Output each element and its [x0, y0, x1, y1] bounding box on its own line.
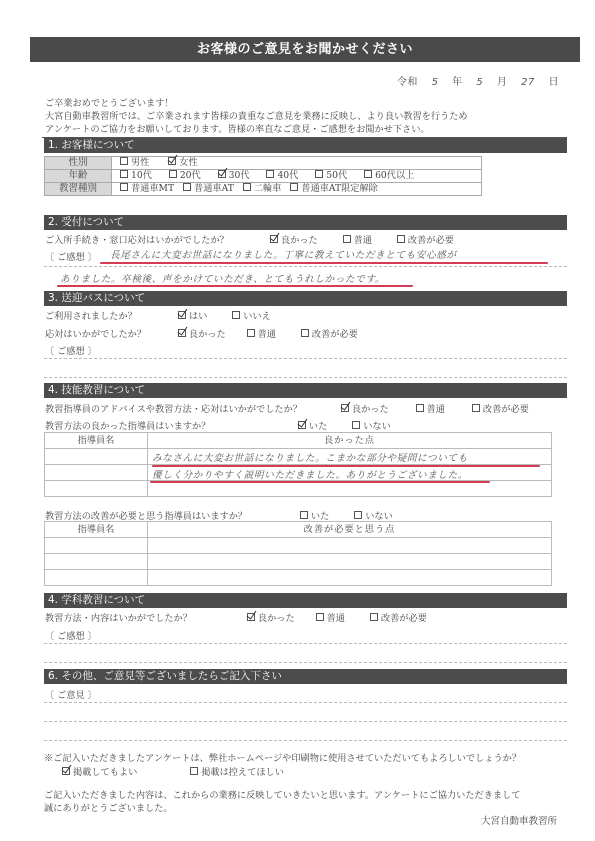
- question-text: 教習方法の良かった指導員はいますか？: [45, 418, 295, 432]
- checkbox-option-motorcycle[interactable]: 二輪車: [243, 183, 282, 195]
- checkbox-option-40s[interactable]: 40代: [266, 170, 298, 182]
- checkbox-icon[interactable]: [120, 183, 128, 191]
- option-label: 40代: [277, 170, 298, 181]
- red-underline: [57, 285, 413, 287]
- checkbox-option-10s[interactable]: 10代: [120, 170, 152, 182]
- handwritten-comment-line[interactable]: みなさんに大変お世話になりました。こまかな部分や疑問についても: [152, 450, 468, 464]
- option-label: 女性: [179, 157, 197, 168]
- section-header-reception: 2. 受付について: [44, 215, 567, 230]
- option-label: 良かった: [352, 404, 389, 415]
- comment-line[interactable]: [44, 358, 567, 359]
- checkbox-option-no[interactable]: いいえ: [232, 308, 271, 322]
- instructor-name-cell[interactable]: [45, 449, 148, 465]
- option-label: いいえ: [243, 311, 271, 322]
- checkbox-checked-icon[interactable]: [62, 767, 70, 775]
- checkbox-checked-icon[interactable]: [218, 170, 226, 178]
- checkbox-option-yes[interactable]: はい: [178, 308, 207, 322]
- comment-line[interactable]: [44, 702, 567, 703]
- checkbox-option-good[interactable]: 良かった: [178, 326, 226, 340]
- checkbox-icon[interactable]: [266, 170, 274, 178]
- checkbox-checked-icon[interactable]: [341, 404, 349, 412]
- checkbox-option-60s-plus[interactable]: 60代以上: [364, 170, 414, 182]
- instructor-name-cell[interactable]: [45, 554, 148, 570]
- instructor-rating-row: 教習指導員のアドバイスや教習方法・応対はいかがでしたか？ 良かった 普通 改善が…: [45, 401, 545, 415]
- question-text: 応対はいかがでしたか？: [45, 326, 175, 340]
- comment-line[interactable]: [44, 740, 567, 741]
- section-header-shuttle-bus: 3. 送迎バスについて: [44, 291, 567, 306]
- table-row: 性別 男性 女性: [45, 157, 482, 170]
- table-row: [45, 570, 552, 586]
- checkbox-icon[interactable]: [247, 329, 255, 337]
- option-label: 二輪車: [254, 183, 282, 194]
- option-label: 良かった: [258, 613, 295, 624]
- checkbox-icon[interactable]: [190, 767, 198, 775]
- red-underline: [100, 262, 548, 264]
- checkbox-option-yes[interactable]: いた: [298, 418, 327, 432]
- checkbox-option-good[interactable]: 良かった: [341, 401, 389, 415]
- checkbox-option-no[interactable]: いない: [354, 508, 393, 522]
- option-label: 改善が必要: [483, 404, 529, 415]
- option-label: はい: [189, 311, 207, 322]
- checkbox-option-needs-improvement[interactable]: 改善が必要: [301, 326, 358, 340]
- closing-line: 誠にありがとうございました。: [44, 800, 173, 814]
- checkbox-checked-icon[interactable]: [178, 311, 186, 319]
- option-label: 普通車MT: [131, 183, 174, 194]
- comment-line[interactable]: [44, 721, 567, 722]
- improve-instructor-table: 指導員名 改善が必要と思う点: [44, 521, 552, 586]
- checkbox-option-yes[interactable]: いた: [300, 508, 329, 522]
- improvement-point-cell[interactable]: [148, 554, 552, 570]
- option-label: 良かった: [189, 329, 226, 340]
- instructor-name-cell[interactable]: [45, 538, 148, 554]
- option-label: 普通: [354, 235, 372, 246]
- bus-service-row: 応対はいかがでしたか？ 良かった 普通 改善が必要: [45, 326, 374, 340]
- checkbox-option-mt[interactable]: 普通車MT: [120, 183, 174, 195]
- option-label: 普通: [427, 404, 445, 415]
- comment-line[interactable]: [44, 643, 567, 644]
- checkbox-icon[interactable]: [243, 183, 251, 191]
- checkbox-icon[interactable]: [169, 170, 177, 178]
- checkbox-icon[interactable]: [352, 421, 360, 429]
- option-label: 男性: [131, 157, 149, 168]
- comment-label: 〔 ご意見 〕: [45, 687, 97, 701]
- option-label: 普通: [258, 329, 276, 340]
- row-label: 性別: [45, 157, 112, 170]
- improve-instructor-row: 教習方法の改善が必要と思う指導員はいますか？ いた いない: [45, 508, 409, 522]
- question-text: 教習指導員のアドバイスや教習方法・応対はいかがでしたか？: [45, 401, 338, 415]
- checkbox-icon[interactable]: [354, 511, 362, 519]
- date-day-unit: 日: [549, 77, 560, 88]
- option-label: 20代: [180, 170, 201, 181]
- comment-line[interactable]: [44, 662, 567, 663]
- option-label: 改善が必要: [408, 235, 454, 246]
- checkbox-option-needs-improvement[interactable]: 改善が必要: [472, 401, 529, 415]
- row-label: 年齢: [45, 170, 112, 183]
- checkbox-option-good[interactable]: 良かった: [270, 232, 318, 246]
- column-header: 良かった点: [148, 433, 552, 449]
- checkbox-icon[interactable]: [397, 235, 405, 243]
- checkbox-icon[interactable]: [290, 183, 298, 191]
- checkbox-option-at-release[interactable]: 普通車AT限定解除: [290, 183, 378, 195]
- option-label: いた: [309, 421, 327, 432]
- checkbox-option-normal[interactable]: 普通: [316, 610, 345, 624]
- checkbox-icon[interactable]: [301, 329, 309, 337]
- checkbox-icon[interactable]: [416, 404, 424, 412]
- date-row: 令和 5 年 5 月 27 日: [397, 73, 559, 88]
- date-month[interactable]: 5: [476, 77, 483, 88]
- consent-question: ※ご記入いただきましたアンケートは、弊社ホームページや印刷物に使用させていただい…: [44, 750, 521, 764]
- customer-info-table: 性別 男性 女性 年齢 10代 20代 30代 40代 50代 60代以上 教習…: [44, 156, 482, 196]
- checkbox-icon[interactable]: [472, 404, 480, 412]
- red-underline: [150, 481, 490, 483]
- checkbox-option-publish-decline[interactable]: 掲載は控えてほしい: [190, 764, 284, 778]
- checkbox-icon[interactable]: [315, 170, 323, 178]
- option-label: 60代以上: [375, 170, 414, 181]
- checkbox-option-at[interactable]: 普通車AT: [183, 183, 234, 195]
- intro-line: 大宮自動車教習所では、ご卒業されます皆様の貴重なご意見を業務に反映し、より良い教…: [45, 110, 565, 123]
- improvement-point-cell[interactable]: [148, 570, 552, 586]
- date-day[interactable]: 27: [521, 77, 535, 88]
- instructor-name-cell[interactable]: [45, 481, 148, 497]
- intro-text: ご卒業おめでとうございます！ 大宮自動車教習所では、ご卒業されます皆様の貴重なご…: [45, 97, 565, 136]
- consent-options-row: 掲載してもよい 掲載は控えてほしい: [62, 764, 300, 778]
- checkbox-icon[interactable]: [120, 157, 128, 165]
- checkbox-icon[interactable]: [370, 613, 378, 621]
- checkbox-checked-icon[interactable]: [178, 329, 186, 337]
- form-title: お客様のご意見をお聞かせください: [30, 37, 580, 62]
- comment-line[interactable]: [44, 377, 567, 378]
- comment-label: 〔 ご感想 〕: [45, 343, 97, 357]
- table-row: 教習種別 普通車MT 普通車AT 二輪車 普通車AT限定解除: [45, 183, 482, 196]
- option-label: 普通車AT限定解除: [301, 183, 378, 194]
- question-text: 教習方法・内容はいかがでしたか？: [45, 610, 244, 624]
- reception-question-row: ご入所手続き・窓口応対はいかがでしたか？ 良かった 普通 改善が必要: [45, 232, 470, 246]
- checkbox-checked-icon[interactable]: [298, 421, 306, 429]
- checkbox-option-male[interactable]: 男性: [120, 157, 149, 169]
- instructor-name-cell[interactable]: [45, 465, 148, 481]
- checkbox-option-30s[interactable]: 30代: [218, 170, 250, 182]
- checkbox-icon[interactable]: [183, 183, 191, 191]
- checkbox-checked-icon[interactable]: [270, 235, 278, 243]
- section-header-other-comments: 6. その他、ご意見等ございましたらご記入下さい: [44, 669, 567, 684]
- handwritten-comment-line[interactable]: ありました。卒検後、声をかけていただき、とてもうれしかったです。: [60, 271, 385, 285]
- comment-label: 〔 ご感想 〕: [45, 249, 97, 263]
- section-header-classroom-lessons: 4. 学科教習について: [44, 593, 567, 608]
- column-header: 改善が必要と思う点: [148, 522, 552, 538]
- table-header-row: 指導員名 良かった点: [45, 433, 552, 449]
- row-label: 教習種別: [45, 183, 112, 196]
- option-label: 掲載は控えてほしい: [201, 767, 284, 778]
- checkbox-option-normal[interactable]: 普通: [247, 326, 276, 340]
- checkbox-option-needs-improvement[interactable]: 改善が必要: [370, 610, 427, 624]
- checkbox-option-normal[interactable]: 普通: [416, 401, 445, 415]
- column-header: 指導員名: [45, 522, 148, 538]
- table-header-row: 指導員名 改善が必要と思う点: [45, 522, 552, 538]
- closing-line: ご記入いただきました内容は、これからの業務に反映していきたいと思います。アンケー…: [44, 787, 520, 801]
- checkbox-icon[interactable]: [300, 511, 308, 519]
- classroom-rating-row: 教習方法・内容はいかがでしたか？ 良かった 普通 改善が必要: [45, 610, 443, 624]
- date-era: 令和: [397, 77, 418, 88]
- bus-usage-row: ご利用されましたか？ はい いいえ: [45, 308, 287, 322]
- option-label: 30代: [229, 170, 250, 181]
- checkbox-icon[interactable]: [120, 170, 128, 178]
- comment-line: [44, 266, 567, 267]
- improvement-point-cell[interactable]: [148, 538, 552, 554]
- checkbox-option-good[interactable]: 良かった: [247, 610, 295, 624]
- option-label: 50代: [326, 170, 347, 181]
- instructor-name-cell[interactable]: [45, 570, 148, 586]
- section-header-customer: 1. お客様について: [44, 138, 567, 153]
- school-signature: 大宮自動車教習所: [481, 813, 557, 827]
- checkbox-option-50s[interactable]: 50代: [315, 170, 347, 182]
- comment-label: 〔 ご感想 〕: [45, 628, 97, 642]
- checkbox-icon[interactable]: [364, 170, 372, 178]
- table-row: 年齢 10代 20代 30代 40代 50代 60代以上: [45, 170, 482, 183]
- option-label: 普通: [327, 613, 345, 624]
- checkbox-option-needs-improvement[interactable]: 改善が必要: [397, 232, 454, 246]
- intro-line: ご卒業おめでとうございます！: [45, 97, 565, 110]
- handwritten-comment-line[interactable]: 優しく分かりやすく説明いただきました。ありがとうございました。: [152, 467, 468, 481]
- checkbox-icon[interactable]: [232, 311, 240, 319]
- handwritten-comment-line[interactable]: 長尾さんに大変お世話になりました。丁寧に教えていただきとても安心感が: [110, 247, 457, 261]
- date-month-unit: 月: [497, 77, 508, 88]
- table-row: [45, 538, 552, 554]
- checkbox-option-publish-ok[interactable]: 掲載してもよい: [62, 764, 137, 778]
- question-text: ご利用されましたか？: [45, 308, 175, 322]
- option-label: 普通車AT: [194, 183, 234, 194]
- date-year[interactable]: 5: [432, 77, 439, 88]
- checkbox-checked-icon[interactable]: [247, 613, 255, 621]
- checkbox-option-normal[interactable]: 普通: [343, 232, 372, 246]
- good-instructor-row: 教習方法の良かった指導員はいますか？ いた いない: [45, 418, 407, 432]
- checkbox-checked-icon[interactable]: [168, 157, 176, 165]
- option-label: いない: [363, 421, 391, 432]
- checkbox-option-no[interactable]: いない: [352, 418, 391, 432]
- question-text: 教習方法の改善が必要と思う指導員はいますか？: [45, 508, 297, 522]
- checkbox-option-female[interactable]: 女性: [168, 157, 197, 169]
- option-label: 改善が必要: [381, 613, 427, 624]
- option-label: 改善が必要: [312, 329, 358, 340]
- checkbox-option-20s[interactable]: 20代: [169, 170, 201, 182]
- checkbox-icon[interactable]: [343, 235, 351, 243]
- option-label: 掲載してもよい: [73, 767, 137, 778]
- question-text: ご入所手続き・窓口応対はいかがでしたか？: [45, 232, 267, 246]
- intro-line: アンケートのご協力をお願いしております。皆様の率直なご意見・ご感想をお聞かせ下さ…: [45, 123, 565, 136]
- section-header-driving-lessons: 4. 技能教習について: [44, 383, 567, 398]
- option-label: 10代: [131, 170, 152, 181]
- option-label: 良かった: [281, 235, 318, 246]
- checkbox-icon[interactable]: [316, 613, 324, 621]
- column-header: 指導員名: [45, 433, 148, 449]
- date-year-unit: 年: [452, 77, 463, 88]
- table-row: [45, 554, 552, 570]
